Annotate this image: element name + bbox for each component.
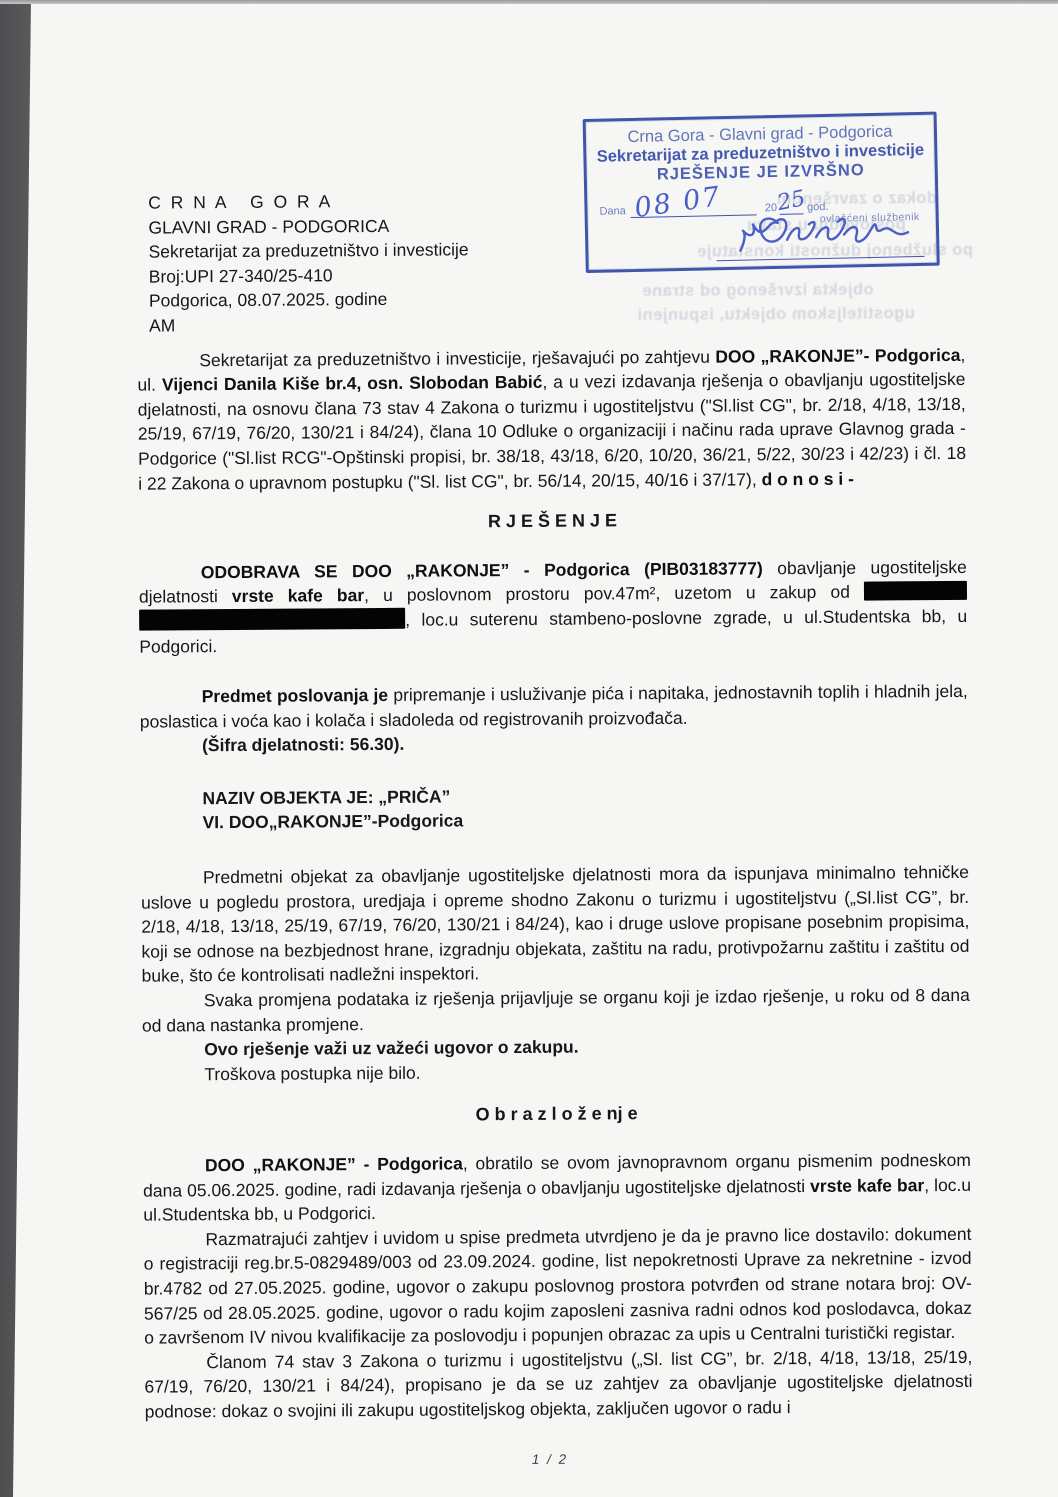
explanation-paragraph-1: DOO „RAKONJE” - Podgorica, obratilo se o… — [143, 1148, 971, 1228]
page-number: 1 / 2 — [5, 1448, 1058, 1470]
intro-paragraph: Sekretarijat za preduzetništvo i investi… — [137, 342, 966, 495]
explanation-paragraph-3: Članom 74 stav 3 Zakona o turizmu i ugos… — [144, 1345, 972, 1425]
bleedthrough-text: ugostiteljskom objektu, ispunjeni — [637, 304, 915, 325]
document: dokaz o završenom poslovodju u stavu po … — [0, 0, 1058, 1497]
scan-edge-top — [0, 0, 1058, 4]
resolution-heading: R J E Š E N J E — [138, 506, 966, 536]
activity-code-line: (Šifra djelatnosti: 56.30). — [202, 728, 968, 758]
explanation-paragraph-2: Razmatrajući zahtjev i uvidom u spise pr… — [143, 1222, 972, 1351]
handwritten-signature — [732, 207, 923, 263]
handwritten-date: 08 07 — [633, 181, 724, 224]
redaction-bar — [139, 608, 405, 631]
conditions-paragraph: Predmetni objekat za obavljanje ugostite… — [141, 860, 970, 989]
scanned-document-page: { "colors":{"stamp_blue":"#4156ab","hand… — [0, 0, 1058, 1497]
redaction-bar — [864, 581, 967, 601]
bleedthrough-text: objekta izvršenog od strane — [642, 281, 874, 302]
stamp-date-label: Dana — [599, 205, 626, 219]
approval-paragraph: ODOBRAVA SE DOO „RAKONJE” - Podgorica (P… — [139, 555, 968, 659]
document-body: C R N A G O R A GLAVNI GRAD - PODGORICA … — [136, 185, 973, 1424]
costs-line: Troškova postupka nije bilo. — [204, 1057, 970, 1087]
change-notice-paragraph: Svaka promjena podataka iz rješenja prij… — [142, 983, 970, 1038]
executed-stamp: Crna Gora - Glavni grad - Podgorica Sekr… — [583, 112, 940, 273]
business-subject-paragraph: Predmet poslovanja je pripremanje i uslu… — [140, 679, 968, 734]
explanation-heading: O b r a z l o ž e nj e — [143, 1099, 971, 1129]
facility-owner-line: VI. DOO„RAKONJE”-Podgorica — [202, 805, 968, 835]
